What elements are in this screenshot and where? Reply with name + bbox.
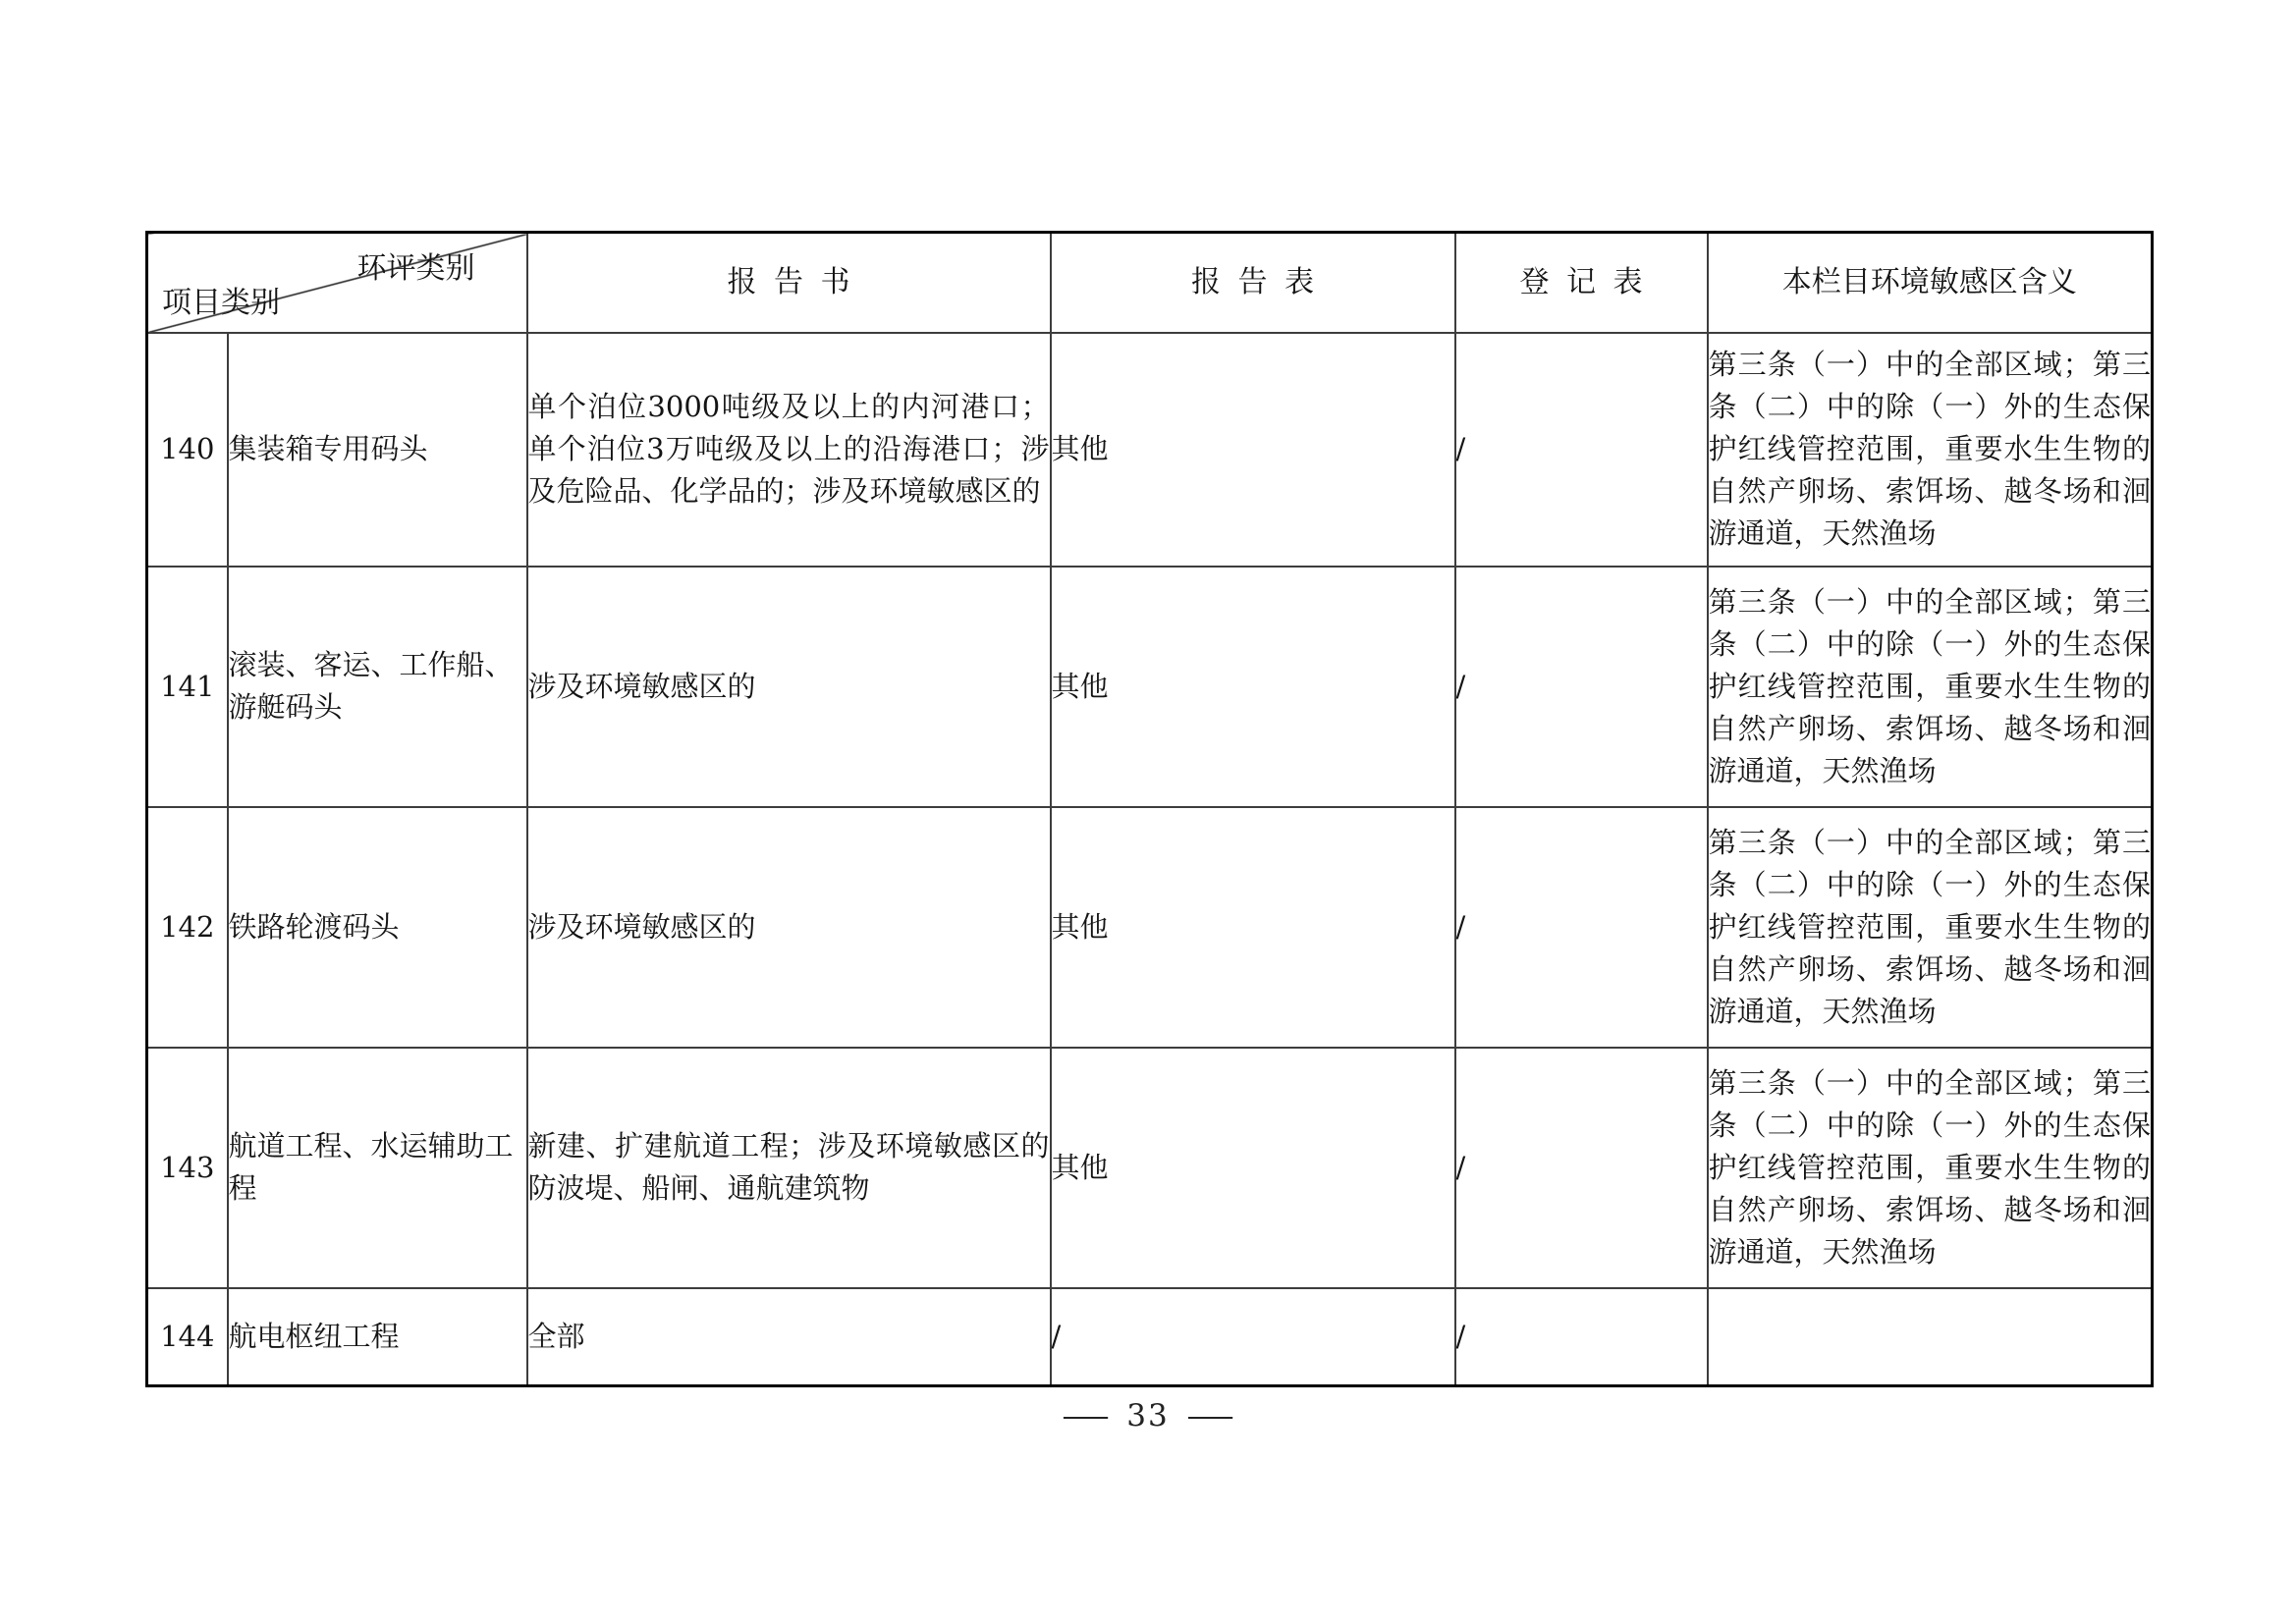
cell-project-category: 航电枢纽工程 [228, 1288, 527, 1386]
cell-report-form: 其他 [1051, 333, 1455, 567]
cell-row-number: 140 [147, 333, 228, 567]
header-report-book: 报 告 书 [527, 233, 1051, 333]
page-footer: —33— [0, 1398, 2296, 1434]
cell-report-book: 新建、扩建航道工程；涉及环境敏感区的防波堤、船闸、通航建筑物 [527, 1048, 1051, 1288]
table-header-row: 环评类别 项目类别 报 告 书 报 告 表 登 记 表 本栏目环境敏感区含义 [147, 233, 2153, 333]
table-row: 141 滚装、客运、工作船、游艇码头 涉及环境敏感区的 其他 / 第三条（一）中… [147, 567, 2153, 807]
header-sensitive-area-meaning: 本栏目环境敏感区含义 [1708, 233, 2153, 333]
cell-sensitive-area-meaning: 第三条（一）中的全部区域；第三条（二）中的除（一）外的生态保护红线管控范围，重要… [1708, 1048, 2153, 1288]
cell-report-form: 其他 [1051, 1048, 1455, 1288]
cell-registration-form: / [1455, 1288, 1708, 1386]
eia-category-table: 环评类别 项目类别 报 告 书 报 告 表 登 记 表 本栏目环境敏感区含义 1… [145, 231, 2154, 1387]
cell-report-form: 其他 [1051, 567, 1455, 807]
cell-registration-form: / [1455, 807, 1708, 1048]
footer-dash-right: — [1185, 1398, 1234, 1434]
cell-row-number: 143 [147, 1048, 228, 1288]
footer-dash-left: — [1062, 1398, 1111, 1434]
cell-report-book: 涉及环境敏感区的 [527, 807, 1051, 1048]
cell-registration-form: / [1455, 333, 1708, 567]
header-project-category-label: 项目类别 [162, 282, 280, 324]
cell-report-form: 其他 [1051, 807, 1455, 1048]
page-number: 33 [1126, 1398, 1169, 1434]
cell-project-category: 铁路轮渡码头 [228, 807, 527, 1048]
cell-sensitive-area-meaning: 第三条（一）中的全部区域；第三条（二）中的除（一）外的生态保护红线管控范围，重要… [1708, 567, 2153, 807]
cell-project-category: 滚装、客运、工作船、游艇码头 [228, 567, 527, 807]
table-row: 143 航道工程、水运辅助工程 新建、扩建航道工程；涉及环境敏感区的防波堤、船闸… [147, 1048, 2153, 1288]
cell-report-form: / [1051, 1288, 1455, 1386]
table-row: 144 航电枢纽工程 全部 / / [147, 1288, 2153, 1386]
cell-project-category: 集装箱专用码头 [228, 333, 527, 567]
table-row: 142 铁路轮渡码头 涉及环境敏感区的 其他 / 第三条（一）中的全部区域；第三… [147, 807, 2153, 1048]
cell-registration-form: / [1455, 1048, 1708, 1288]
cell-report-book: 单个泊位3000吨级及以上的内河港口；单个泊位3万吨级及以上的沿海港口；涉及危险… [527, 333, 1051, 567]
table-row: 140 集装箱专用码头 单个泊位3000吨级及以上的内河港口；单个泊位3万吨级及… [147, 333, 2153, 567]
cell-report-book: 全部 [527, 1288, 1051, 1386]
header-diagonal-cell: 环评类别 项目类别 [147, 233, 527, 333]
document-page: 环评类别 项目类别 报 告 书 报 告 表 登 记 表 本栏目环境敏感区含义 1… [0, 0, 2296, 1623]
cell-project-category: 航道工程、水运辅助工程 [228, 1048, 527, 1288]
cell-row-number: 142 [147, 807, 228, 1048]
cell-row-number: 144 [147, 1288, 228, 1386]
header-registration-form: 登 记 表 [1455, 233, 1708, 333]
cell-sensitive-area-meaning: 第三条（一）中的全部区域；第三条（二）中的除（一）外的生态保护红线管控范围，重要… [1708, 807, 2153, 1048]
header-eia-category-label: 环评类别 [357, 247, 475, 290]
cell-sensitive-area-meaning [1708, 1288, 2153, 1386]
cell-sensitive-area-meaning: 第三条（一）中的全部区域；第三条（二）中的除（一）外的生态保护红线管控范围，重要… [1708, 333, 2153, 567]
header-report-form: 报 告 表 [1051, 233, 1455, 333]
cell-row-number: 141 [147, 567, 228, 807]
cell-report-book: 涉及环境敏感区的 [527, 567, 1051, 807]
cell-registration-form: / [1455, 567, 1708, 807]
